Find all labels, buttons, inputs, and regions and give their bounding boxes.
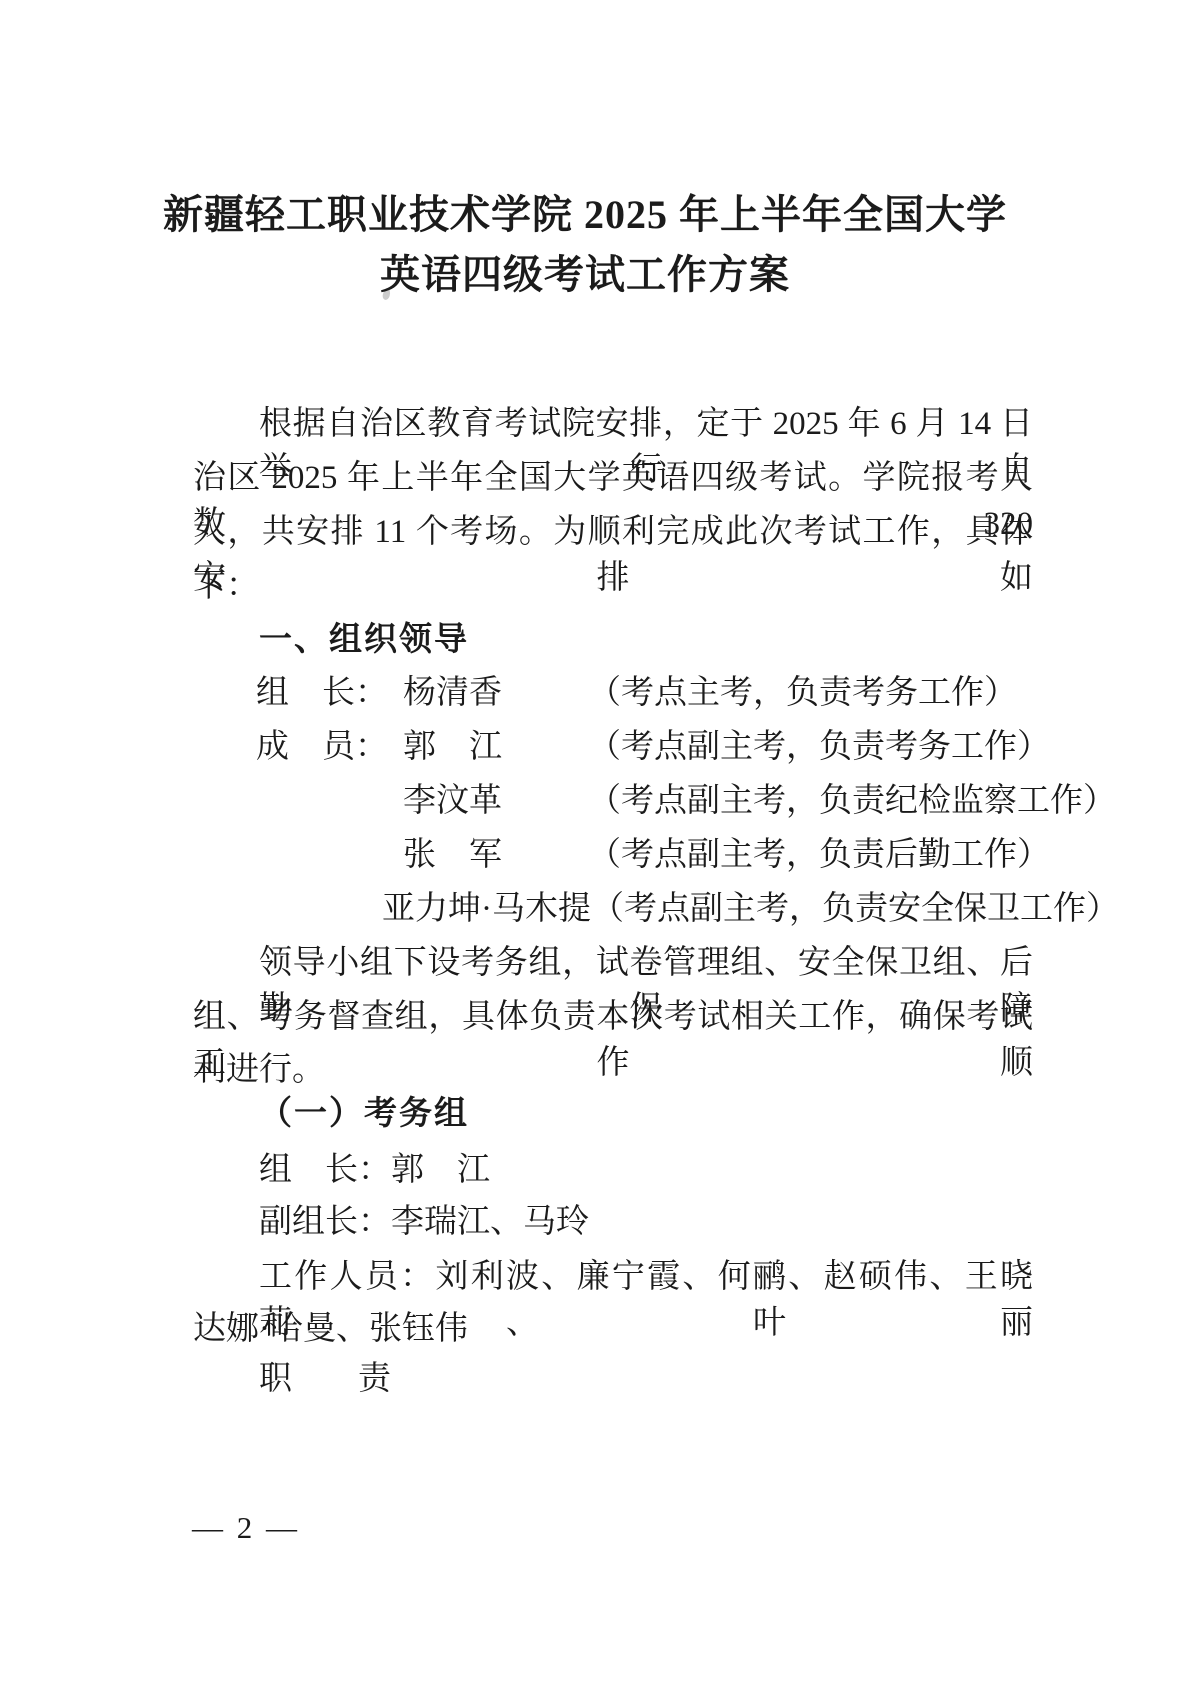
document-title-line-1: 新疆轻工职业技术学院 2025 年上半年全国大学 <box>160 185 1010 245</box>
group-deputy-line: 副组长：李瑞江、马玲 <box>193 1199 1033 1245</box>
role-name: 郭 江 <box>403 724 502 770</box>
role-remark: （考点主考，负责考务工作） <box>588 670 1017 716</box>
duty-label: 职 责 <box>193 1356 1033 1402</box>
role-name: 张 军 <box>403 832 502 878</box>
role-label: 组 长： <box>256 670 388 716</box>
section-heading-organization: 一、组织领导 <box>193 616 1033 662</box>
role-name: 李汶革 <box>403 778 502 824</box>
role-name: 杨清香 <box>403 670 502 716</box>
role-remark: （考点副主考，负责纪检监察工作） <box>588 778 1116 824</box>
role-label: 成 员： <box>256 724 388 770</box>
role-name-and-remark: 亚力坤·马木提（考点副主考，负责安全保卫工作） <box>382 886 1119 932</box>
intro-line: 下： <box>193 563 1033 609</box>
group-leader-line: 组 长：郭 江 <box>193 1147 1033 1193</box>
document-page: 新疆轻工职业技术学院 2025 年上半年全国大学 英语四级考试工作方案 根据自治… <box>0 0 1190 1684</box>
role-remark: （考点副主考，负责考务工作） <box>588 724 1050 770</box>
document-title-line-2: 英语四级考试工作方案 <box>160 245 1010 305</box>
subsection-heading-kaowu-group: （一）考务组 <box>193 1091 1033 1137</box>
role-remark: （考点副主考，负责安全保卫工作） <box>591 891 1119 927</box>
page-number: — 2 — <box>192 1508 300 1548</box>
org-paragraph-line: 利进行。 <box>193 1047 1033 1093</box>
role-name: 亚力坤·马木提 <box>382 891 591 927</box>
group-staff-line: 达娜·哈曼、张钰伟 <box>193 1306 1033 1352</box>
role-remark: （考点副主考，负责后勤工作） <box>588 832 1050 878</box>
